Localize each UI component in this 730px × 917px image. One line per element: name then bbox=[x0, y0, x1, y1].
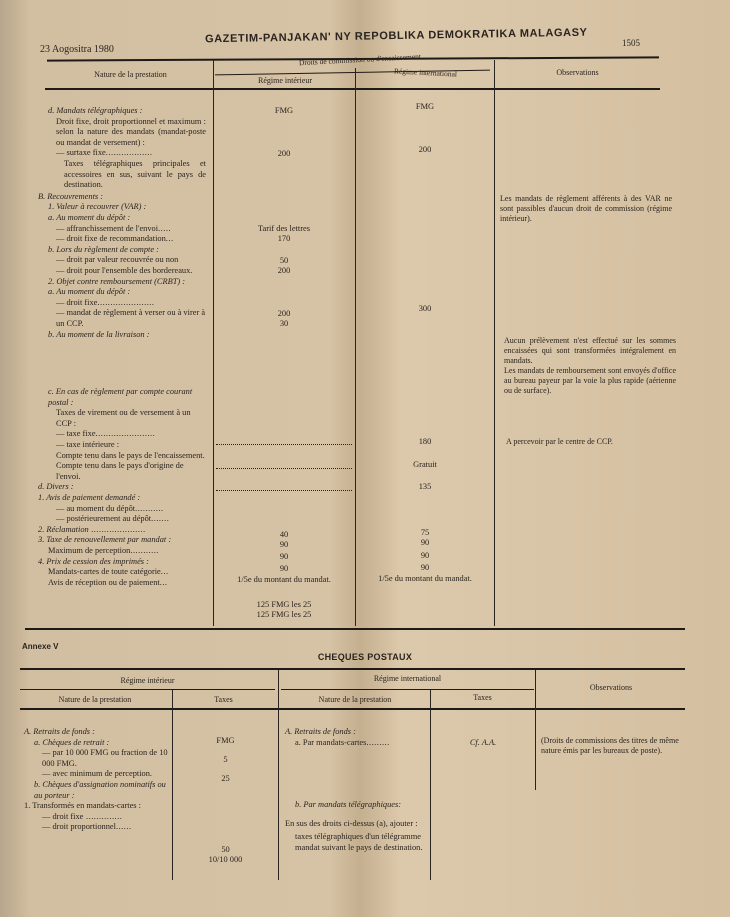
int-bordereaux: 200 bbox=[214, 266, 354, 275]
obs-crbt-1: Aucun prélèvement n'est effectué sur les… bbox=[504, 336, 676, 366]
t2-int-droit-fixe: 50 bbox=[173, 845, 278, 854]
nature-row: — droit fixe de recommandation... bbox=[38, 234, 210, 245]
document-page: 23 Aogositra 1980 GAZETIM-PANJAKAN' NY R… bbox=[0, 0, 730, 917]
nature-row: 4. Prix de cession des imprimés : bbox=[38, 557, 210, 568]
nature-row: a. Au moment du dépôt : bbox=[38, 287, 210, 298]
int-mandats-cartes: 125 FMG les 25 bbox=[214, 600, 354, 609]
nature-row: taxes télégraphiques d'un télégramme man… bbox=[285, 832, 425, 853]
nature-row: — taxe fixe....................... bbox=[38, 429, 210, 440]
table2-top-rule bbox=[20, 668, 685, 670]
col-observations: Observations bbox=[495, 68, 660, 77]
nature-row: — taxe intérieure : bbox=[38, 440, 210, 451]
table2-divider-2 bbox=[278, 670, 279, 880]
t2-int-droit-proportionnel: 10/10 000 bbox=[173, 855, 278, 864]
int-reclamation: 90 bbox=[214, 552, 354, 561]
annex-label: Annexe V bbox=[22, 642, 58, 651]
int-taxe-fixe-empty bbox=[216, 444, 352, 445]
int-encaissement-empty bbox=[216, 468, 352, 469]
obs-ccp: A percevoir par le centre de CCP. bbox=[506, 437, 678, 447]
int-avis-reception: 125 FMG les 25 bbox=[214, 610, 354, 619]
table2-int-subrule bbox=[20, 689, 275, 690]
table1-bottom-rule bbox=[25, 628, 685, 630]
page-number: 1505 bbox=[622, 38, 640, 48]
nature-row: 1. Transformés en mandats-cartes : bbox=[24, 801, 168, 812]
nature-row: Taxes télégraphiques principales et acce… bbox=[38, 159, 206, 191]
nature-row: b. Lors du règlement de compte : bbox=[38, 245, 210, 256]
intl-avis-depot: 75 bbox=[356, 528, 494, 537]
nature-row: 3. Taxe de renouvellement par mandat : bbox=[38, 535, 210, 546]
intl-reclamation: 90 bbox=[356, 551, 494, 560]
intl-avis-posterieur: 90 bbox=[356, 538, 494, 547]
nature-row: d. Divers : bbox=[38, 482, 210, 493]
int-renouvellement: 90 bbox=[214, 564, 354, 573]
nature-row: Taxes de virement ou de versement à un C… bbox=[38, 408, 206, 429]
nature-row: 2. Objet contre remboursement (CRBT) : bbox=[38, 277, 210, 288]
table2-intl-subrule bbox=[281, 689, 534, 690]
nature-row: En sus des droits ci-dessus (a), ajouter… bbox=[285, 819, 425, 830]
obs-crbt-2: Les mandats de remboursement sont envoyé… bbox=[504, 366, 676, 396]
nature-row: — droit fixe .............. bbox=[24, 812, 170, 823]
t2-col-taxes-int: Taxes bbox=[172, 695, 275, 704]
t2-int-fmg: FMG bbox=[173, 736, 278, 745]
t2-col-taxes-intl: Taxes bbox=[431, 693, 534, 702]
nature-row: Mandats-cartes de toute catégorie... bbox=[38, 567, 210, 578]
nature-row: — droit pour l'ensemble des bordereaux. bbox=[38, 266, 206, 277]
nature-row: Avis de réception ou de paiement... bbox=[38, 578, 210, 589]
nature-row: a. Par mandats-cartes......... bbox=[285, 738, 428, 749]
int-origine-empty bbox=[216, 490, 352, 491]
nature-row: — affranchissement de l'envoi..... bbox=[38, 224, 210, 235]
table2-int-nature-column: A. Retraits de fonds : a. Chèques de ret… bbox=[24, 727, 170, 833]
table2-divider-4 bbox=[535, 670, 536, 790]
nature-row: — droit proportionnel...... bbox=[24, 822, 170, 833]
intl-droit-fixe: 300 bbox=[356, 304, 494, 313]
intl-encaissement: Gratuit bbox=[356, 460, 494, 469]
int-fmg: FMG bbox=[214, 106, 354, 115]
table1-divider-3 bbox=[494, 60, 495, 626]
intl-origine: 135 bbox=[356, 482, 494, 491]
int-recommandation: 170 bbox=[214, 234, 354, 243]
t2-col-nature-intl: Nature de la prestation bbox=[281, 695, 429, 704]
table2-intl-nature-column: A. Retraits de fonds : a. Par mandats-ca… bbox=[285, 727, 428, 854]
int-surtaxe: 200 bbox=[214, 149, 354, 158]
obs-var: Les mandats de règlement afférents à des… bbox=[500, 194, 672, 224]
t2-observation: (Droits de commissions des titres de mêm… bbox=[541, 736, 691, 756]
int-avis-posterieur: 90 bbox=[214, 540, 354, 549]
nature-row: d. Mandats télégraphiques : bbox=[38, 106, 210, 117]
nature-row: b. Au moment de la livraison : bbox=[38, 330, 210, 341]
nature-row: A. Retraits de fonds : bbox=[24, 727, 170, 738]
nature-row: — mandat de règlement à verser ou à vire… bbox=[38, 308, 206, 329]
int-valeur-recouvree: 50 bbox=[214, 256, 354, 265]
intl-fmg: FMG bbox=[356, 102, 494, 111]
nature-row: a. Au moment du dépôt : bbox=[38, 213, 210, 224]
table2-divider-3 bbox=[430, 690, 431, 880]
nature-row: — droit fixe...................... bbox=[38, 298, 210, 309]
table1-nature-column: d. Mandats télégraphiques : Droit fixe, … bbox=[38, 106, 210, 588]
t2-col-nature-int: Nature de la prestation bbox=[20, 695, 170, 704]
nature-row: b. Chèques d'assignation nominatifs ou a… bbox=[24, 780, 168, 801]
int-maximum: 1/5e du montant du mandat. bbox=[214, 575, 354, 584]
annex-title: CHEQUES POSTAUX bbox=[0, 652, 730, 662]
nature-row: c. En cas de règlement par compte couran… bbox=[38, 387, 210, 408]
nature-row: — droit par valeur recouvrée ou non bbox=[38, 255, 210, 266]
intl-surtaxe: 200 bbox=[356, 145, 494, 154]
t2-int-minimum: 25 bbox=[173, 774, 278, 783]
t2-col-observations: Observations bbox=[536, 683, 686, 692]
intl-taxe-fixe: 180 bbox=[356, 437, 494, 446]
col-nature: Nature de la prestation bbox=[48, 70, 213, 79]
t2-col-regime-interieur: Régime intérieur bbox=[20, 676, 275, 685]
nature-row: b. Par mandats télégraphiques: bbox=[285, 800, 428, 811]
nature-row: Maximum de perception........... bbox=[38, 546, 210, 557]
gazette-title: GAZETIM-PANJAKAN' NY REPOBLIKA DEMOKRATI… bbox=[205, 27, 588, 46]
int-droit-fixe: 200 bbox=[214, 309, 354, 318]
nature-row: 1. Valeur à recouvrer (VAR) : bbox=[38, 202, 210, 213]
t2-col-regime-international: Régime international bbox=[281, 674, 534, 683]
nature-row: — au moment du dépôt........... bbox=[38, 504, 210, 515]
nature-row: Droit fixe, droit proportionnel et maxim… bbox=[38, 117, 206, 149]
nature-row: 1. Avis de paiement demandé : bbox=[38, 493, 210, 504]
int-avis-depot: 40 bbox=[214, 530, 354, 539]
nature-row: A. Retraits de fonds : bbox=[285, 727, 428, 738]
issue-date: 23 Aogositra 1980 bbox=[40, 44, 114, 55]
nature-row: a. Chèques de retrait : bbox=[24, 738, 170, 749]
table2-header-bottom-rule bbox=[20, 708, 685, 710]
t2-intl-cf-aa: Cf. A.A. bbox=[431, 738, 535, 747]
t2-int-par-10000: 5 bbox=[173, 755, 278, 764]
nature-row: — avec minimum de perception. bbox=[24, 769, 168, 780]
nature-row: — postérieurement au dépôt....... bbox=[38, 514, 210, 525]
table1-header-bottom-rule bbox=[45, 88, 660, 90]
int-mandat-reglement: 30 bbox=[214, 319, 354, 328]
nature-row: Compte tenu dans le pays d'origine de l'… bbox=[38, 461, 206, 482]
nature-row: B. Recouvrements : bbox=[38, 192, 210, 203]
intl-renouvellement: 90 bbox=[356, 563, 494, 572]
col-regime-interieur: Régime intérieur bbox=[215, 76, 355, 85]
col-regime-international: Régime international bbox=[358, 64, 493, 80]
intl-maximum: 1/5e du montant du mandat. bbox=[356, 574, 494, 583]
int-affranchissement: Tarif des lettres bbox=[214, 224, 354, 233]
nature-row: — par 10 000 FMG ou fraction de 10 000 F… bbox=[24, 748, 168, 769]
nature-row: Compte tenu dans le pays de l'encaisseme… bbox=[38, 451, 206, 462]
nature-row: — surtaxe fixe.................. bbox=[38, 148, 210, 159]
nature-row: 2. Réclamation ..................... bbox=[38, 525, 210, 536]
